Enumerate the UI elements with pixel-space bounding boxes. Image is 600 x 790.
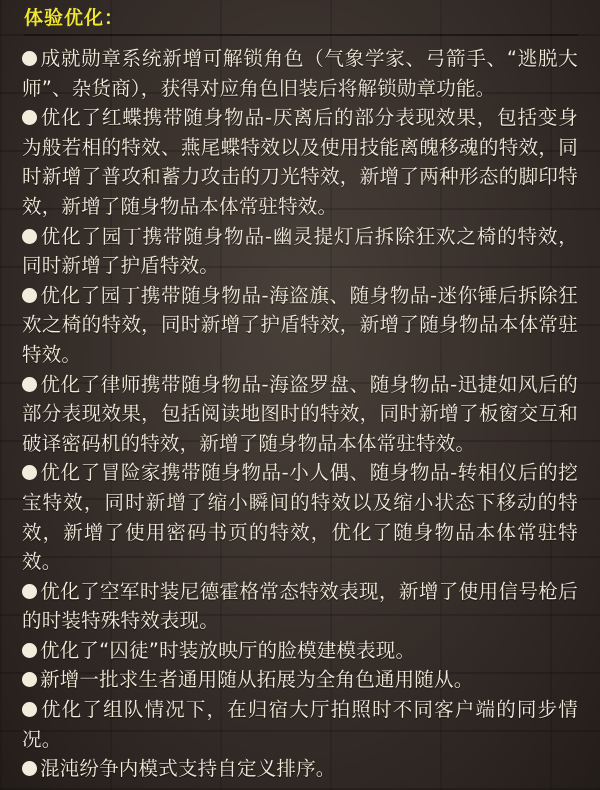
item-text: 成就勋章系统新增可解锁角色（气象学家、弓箭手、“逃脱大师”、杂货商），获得对应角… [22, 47, 578, 100]
list-item: 优化了空军时装尼德霍格常态特效表现，新增了使用信号枪后的时装特殊特效表现。 [22, 577, 578, 636]
item-text: 混沌纷争内模式支持自定义排序。 [40, 757, 336, 780]
item-text: 优化了律师携带随身物品-海盗罗盘、随身物品-迅捷如风后的部分表现效果，包括阅读地… [22, 373, 578, 455]
bullet-icon [22, 465, 37, 480]
list-item: 优化了园丁携带随身物品-幽灵提灯后拆除狂欢之椅的特效，同时新增了护盾特效。 [22, 222, 578, 281]
list-item: 混沌纷争内模式支持自定义排序。 [22, 754, 578, 784]
list-item: 优化了“囚徒”时装放映厅的脸模建模表现。 [22, 636, 578, 666]
bullet-icon [22, 584, 37, 599]
bullet-icon [22, 110, 37, 125]
item-text: 优化了组队情况下，在归宿大厅拍照时不同客户端的同步情况。 [22, 698, 578, 751]
list-item: 优化了红蝶携带随身物品-厌离后的部分表现效果，包括变身为般若相的特效、燕尾蝶特效… [22, 103, 578, 221]
bullet-icon [22, 643, 37, 658]
bullet-icon [22, 377, 37, 392]
bullet-icon [22, 672, 37, 687]
list-item: 优化了园丁携带随身物品-海盗旗、随身物品-迷你锤后拆除狂欢之椅的特效，同时新增了… [22, 281, 578, 370]
item-text: 优化了“囚徒”时装放映厅的脸模建模表现。 [40, 639, 415, 662]
item-text: 优化了空军时装尼德霍格常态特效表现，新增了使用信号枪后的时装特殊特效表现。 [22, 580, 578, 633]
item-text: 优化了园丁携带随身物品-海盗旗、随身物品-迷你锤后拆除狂欢之椅的特效，同时新增了… [22, 284, 578, 366]
item-text: 优化了园丁携带随身物品-幽灵提灯后拆除狂欢之椅的特效，同时新增了护盾特效。 [22, 225, 578, 278]
bullet-icon [22, 51, 37, 66]
bullet-icon [22, 288, 37, 303]
patch-notes-list: 成就勋章系统新增可解锁角色（气象学家、弓箭手、“逃脱大师”、杂货商），获得对应角… [22, 44, 578, 784]
list-item: 新增一批求生者通用随从拓展为全角色通用随从。 [22, 665, 578, 695]
item-text: 优化了冒险家携带随身物品-小人偶、随身物品-转相仪后的挖宝特效，同时新增了缩小瞬… [22, 461, 578, 573]
list-item: 优化了组队情况下，在归宿大厅拍照时不同客户端的同步情况。 [22, 695, 578, 754]
list-item: 优化了律师携带随身物品-海盗罗盘、随身物品-迅捷如风后的部分表现效果，包括阅读地… [22, 370, 578, 459]
item-text: 优化了红蝶携带随身物品-厌离后的部分表现效果，包括变身为般若相的特效、燕尾蝶特效… [22, 106, 578, 218]
bullet-icon [22, 229, 37, 244]
list-item: 优化了冒险家携带随身物品-小人偶、随身物品-转相仪后的挖宝特效，同时新增了缩小瞬… [22, 458, 578, 576]
bullet-icon [22, 761, 37, 776]
item-text: 新增一批求生者通用随从拓展为全角色通用随从。 [40, 668, 473, 691]
list-item: 成就勋章系统新增可解锁角色（气象学家、弓箭手、“逃脱大师”、杂货商），获得对应角… [22, 44, 578, 103]
bullet-icon [22, 702, 37, 717]
section-title: 体验优化： [24, 4, 578, 36]
patch-notes-panel: 体验优化： 成就勋章系统新增可解锁角色（气象学家、弓箭手、“逃脱大师”、杂货商）… [0, 0, 600, 790]
